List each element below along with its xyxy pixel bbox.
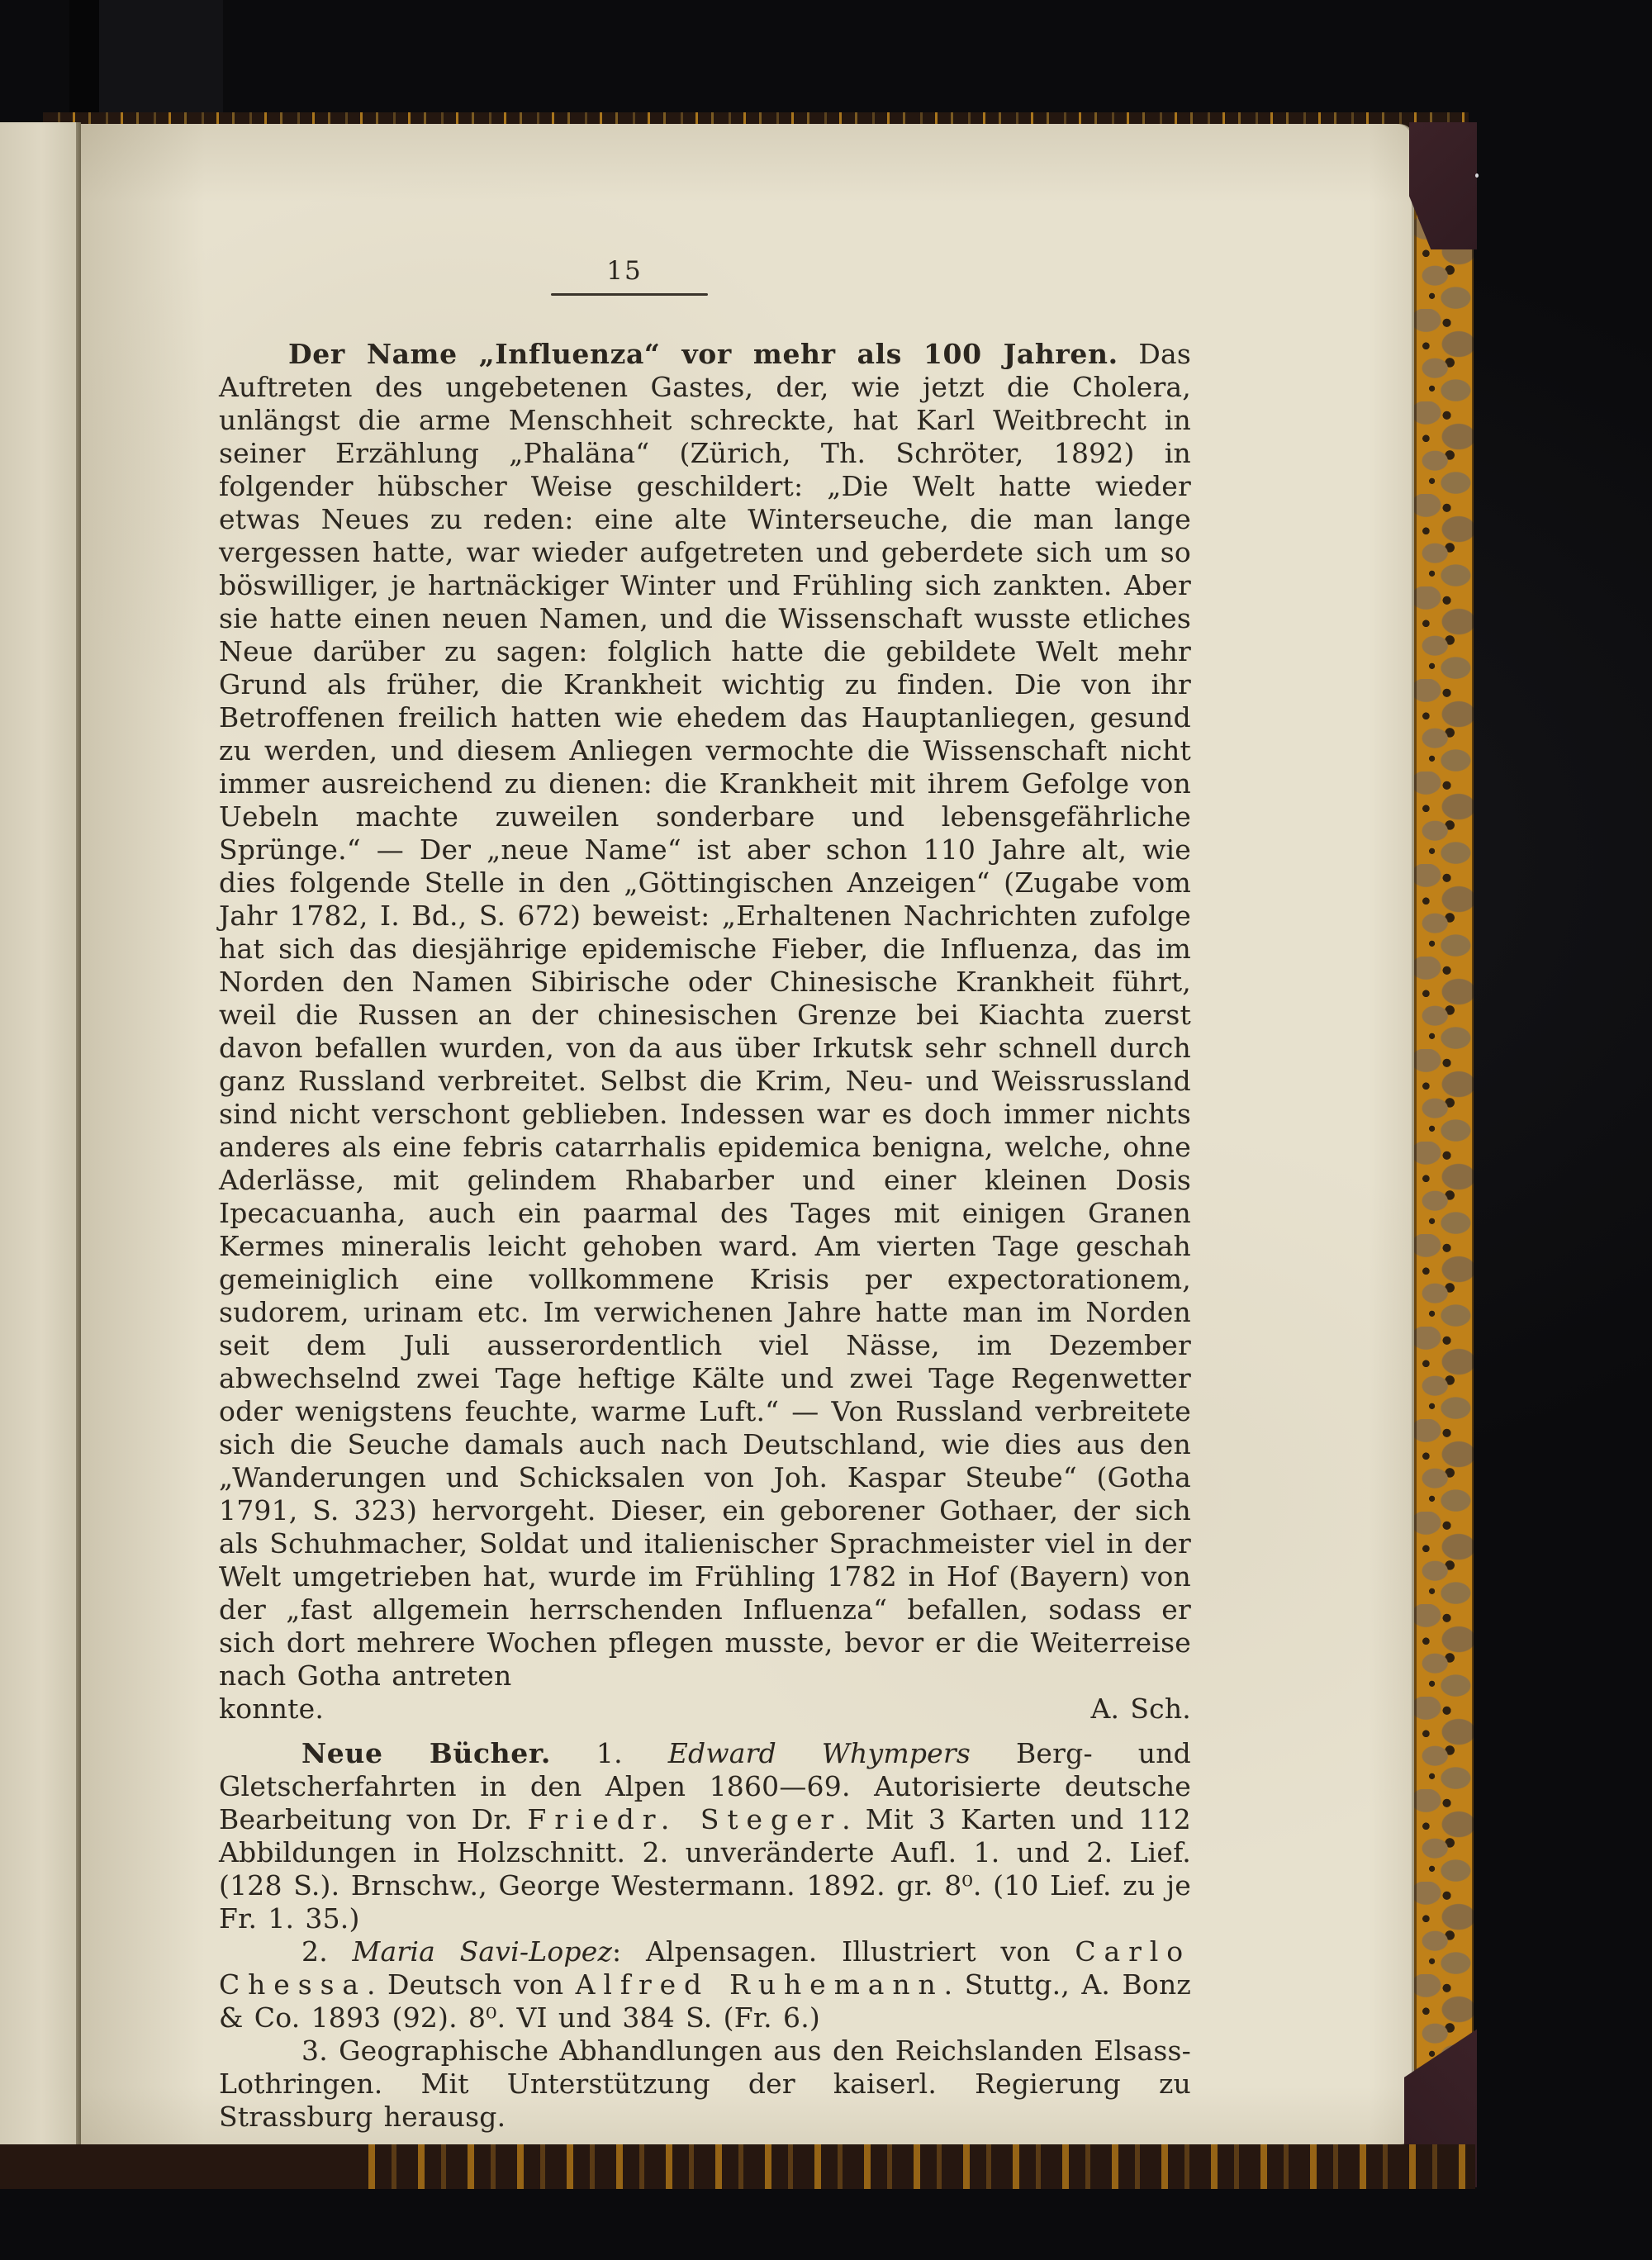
book-page: 15 Der Name „Influenza“ vor mehr als 100…: [81, 124, 1414, 2144]
book-entry-3: 3. Geographische Abhandlungen aus den Re…: [219, 2034, 1191, 2134]
page-number: 15: [575, 256, 674, 286]
text-segment-spaced: Alfred Ruhemann: [576, 1968, 944, 2001]
text-segment-regular: : Alpensagen. Illustriert von: [612, 1935, 1075, 1968]
article-last-word: konnte.: [219, 1693, 324, 1726]
page-number-rule: [551, 293, 708, 296]
board-bottom-edge: [0, 2144, 1475, 2189]
book-entry-2: 2. Maria Savi-Lopez: Alpensagen. Illustr…: [219, 1935, 1191, 2034]
article-signature: A. Sch.: [1090, 1693, 1191, 1726]
text-segment-italic: Edward Whympers: [668, 1737, 971, 1769]
text-segment-regular: . Deutsch von: [367, 1968, 576, 2001]
text-block: Der Name „Influenza“ vor mehr als 100 Ja…: [219, 338, 1191, 2134]
article-paragraph: Der Name „Influenza“ vor mehr als 100 Ja…: [219, 338, 1191, 1693]
book-spine-shadow: [69, 0, 99, 126]
text-segment-regular: 2.: [301, 1935, 353, 1968]
photo-background: 15 Der Name „Influenza“ vor mehr als 100…: [0, 0, 1652, 2260]
text-segment-bold: Neue Bücher.: [301, 1737, 551, 1769]
text-segment-regular: 3. Geographische Abhandlungen aus den Re…: [219, 2034, 1191, 2133]
text-segment-regular: 1.: [551, 1737, 668, 1769]
article-last-line: konnte. A. Sch.: [219, 1693, 1191, 1726]
text-segment-regular: Das Auftreten des ungebetenen Gastes, de…: [219, 338, 1191, 1692]
board-bottom-marbling: [347, 2144, 1475, 2189]
text-segment-italic: Maria Savi-Lopez: [353, 1935, 613, 1968]
book-entry-1: Neue Bücher. 1. Edward Whympers Berg- un…: [219, 1737, 1191, 1935]
facing-page-sliver: [0, 122, 76, 2161]
text-segment-bold: Der Name „Influenza“ vor mehr als 100 Ja…: [288, 338, 1118, 370]
new-books-section: Neue Bücher. 1. Edward Whympers Berg- un…: [219, 1737, 1191, 2134]
dust-speck: [1475, 173, 1479, 178]
text-segment-spaced: Friedr. Steger: [527, 1803, 842, 1835]
marbled-fore-edge: [1414, 124, 1474, 2144]
book-spine-highlight: [99, 0, 223, 121]
